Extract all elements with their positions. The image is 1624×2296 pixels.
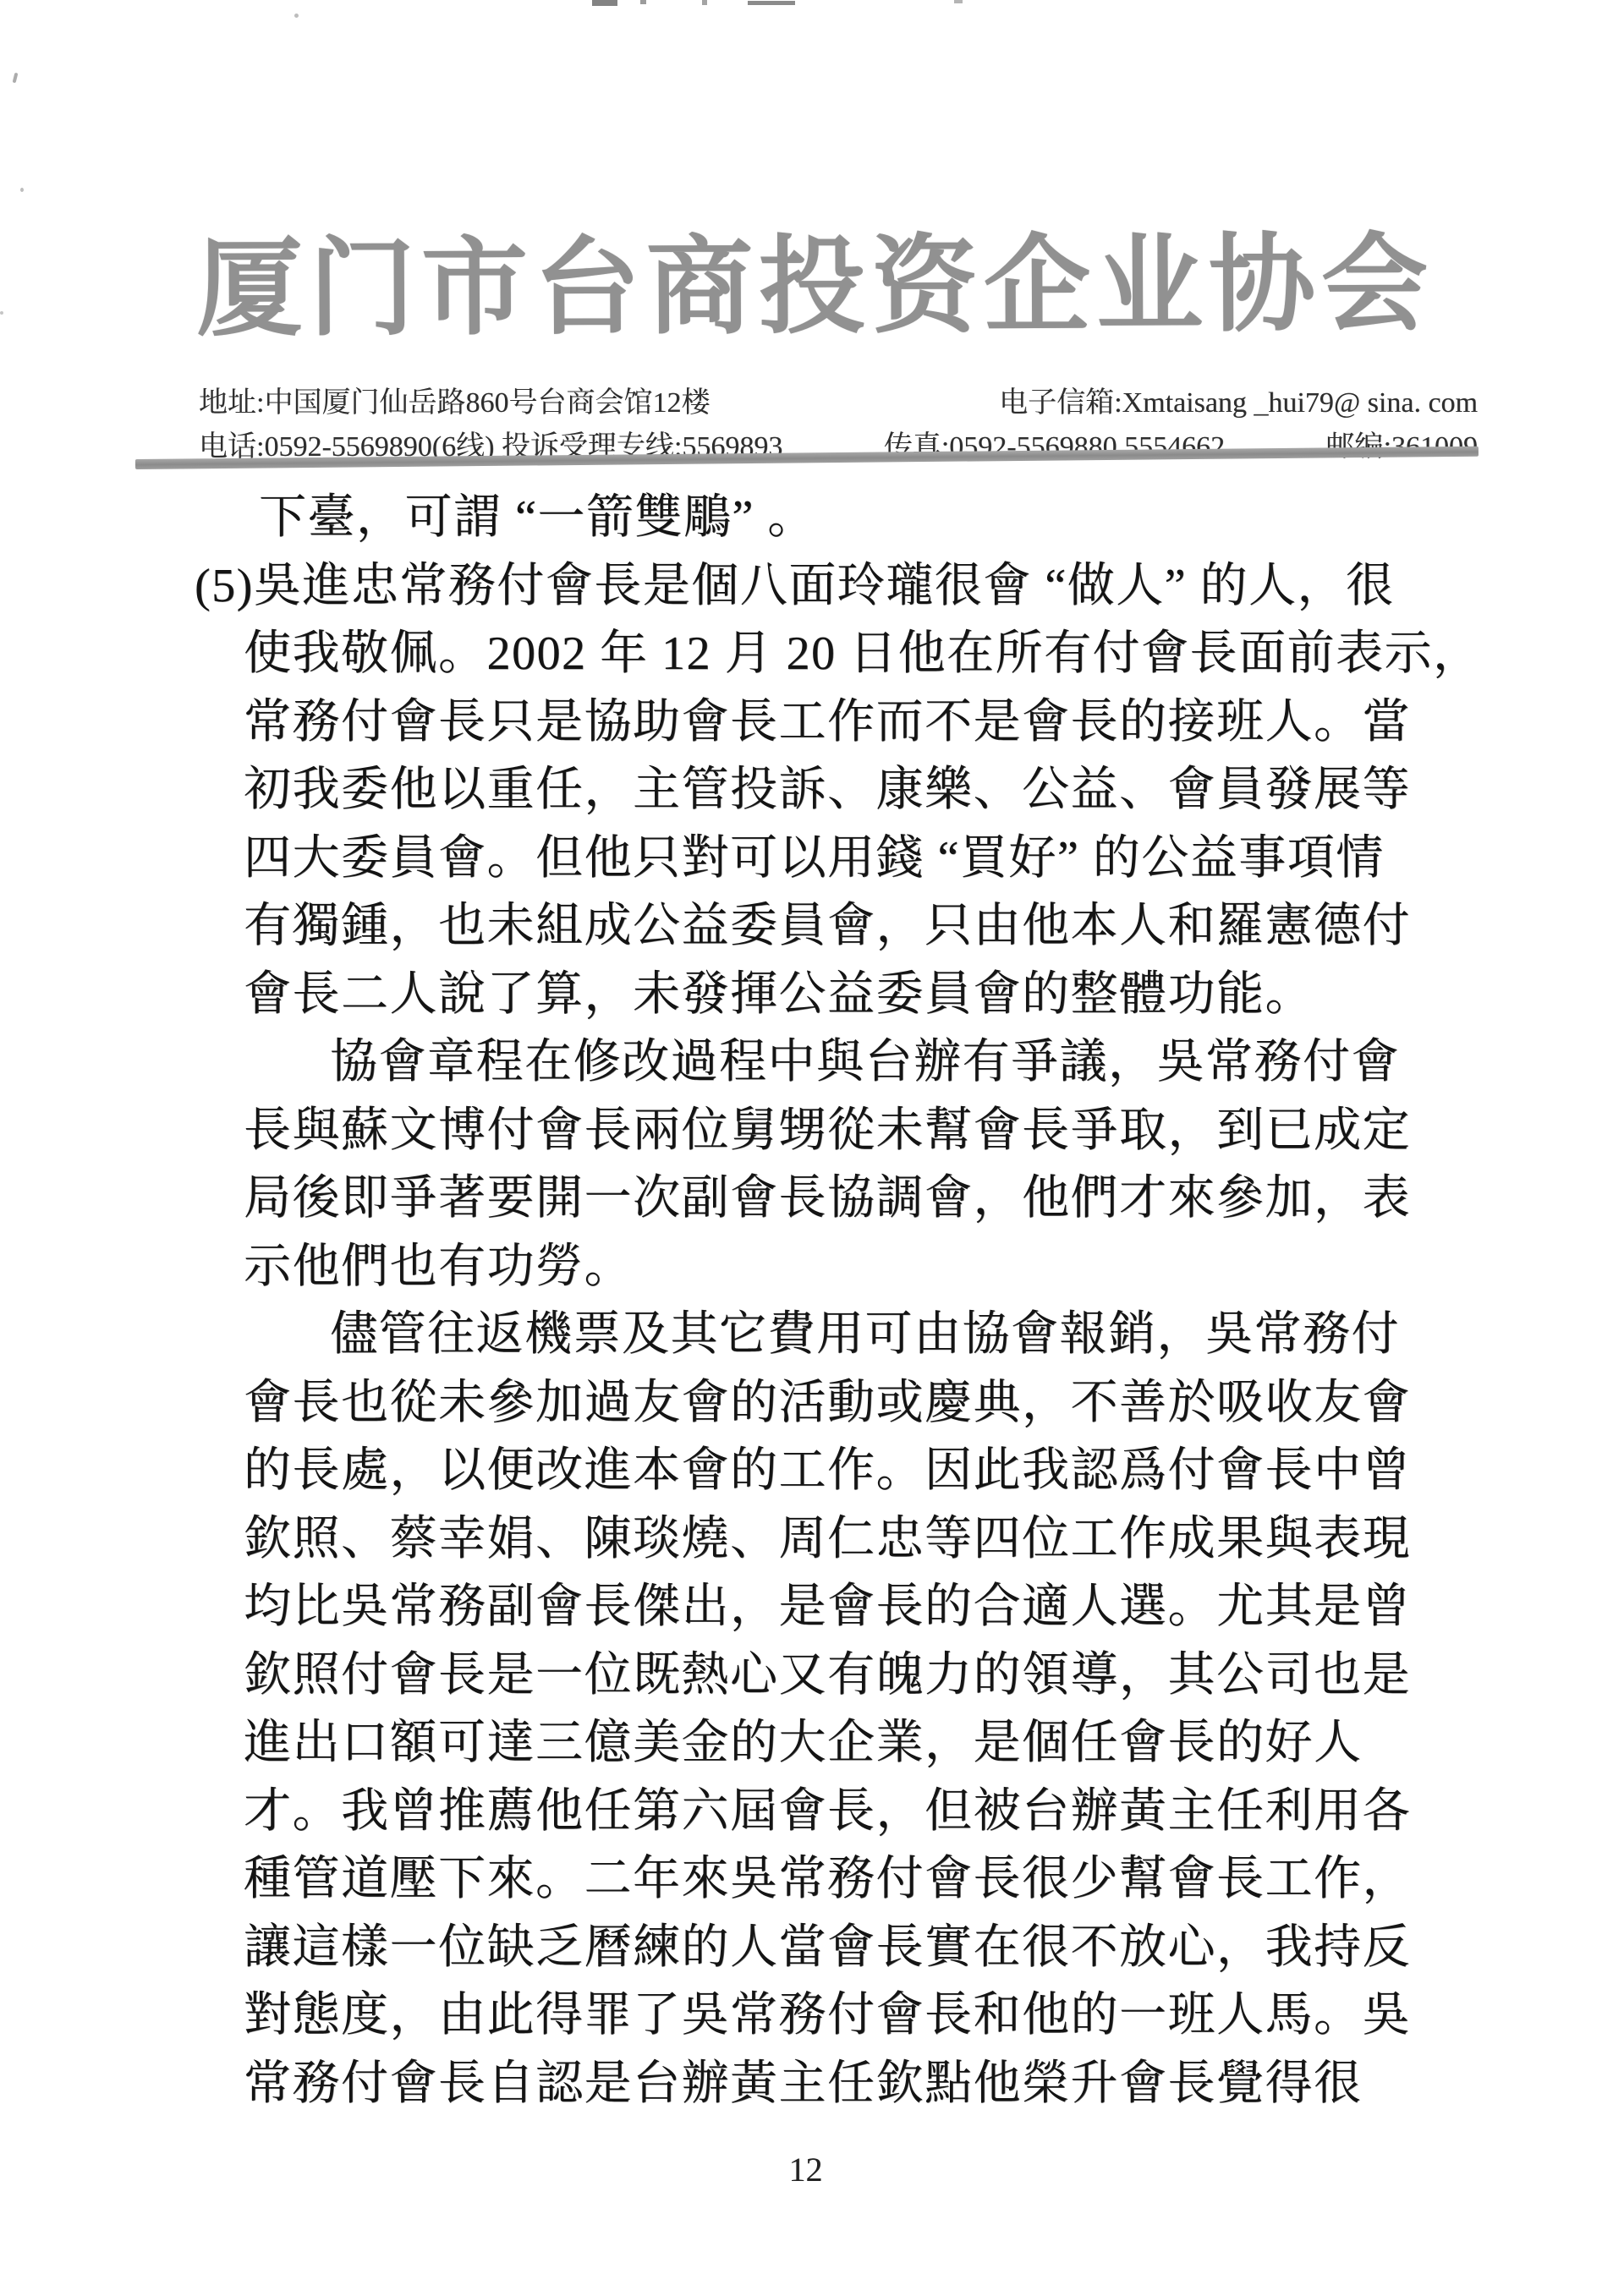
scan-speck bbox=[0, 311, 3, 315]
body-line: 均比吳常務副會長傑出，是會長的合適人選。尤其是曾 bbox=[244, 1573, 1512, 1641]
email-text: 电子信箱:Xmtaisang _hui79@ sina. com bbox=[999, 379, 1478, 420]
body-line: (5)吳進忠常務付會長是個八面玲瓏很會 “做人” 的人，很 bbox=[195, 552, 1512, 621]
address-text: 地址:中国厦门仙岳路860号台商会馆12楼 bbox=[199, 379, 710, 420]
page-number: 12 bbox=[135, 2150, 1476, 2189]
scan-edge-fragment bbox=[640, 0, 646, 4]
scanned-document-page: 厦门市台商投资企业协会 地址:中国厦门仙岳路860号台商会馆12楼 电子信箱:X… bbox=[0, 0, 1624, 2296]
body-line: 使我敬佩。2002 年 12 月 20 日他在所有付會長面前表示， bbox=[244, 620, 1512, 688]
body-line: 才。我曾推薦他任第六屆會長，但被台辦黃主任利用各 bbox=[244, 1778, 1512, 1846]
body-line: 四大委員會。但他只對可以用錢 “買好” 的公益事項情 bbox=[244, 825, 1512, 893]
scan-speck bbox=[294, 14, 299, 18]
body-line: 有獨鍾，也未組成公益委員會，只由他本人和羅憲德付 bbox=[244, 892, 1512, 961]
body-line: 會長二人說了算，未發揮公益委員會的整體功能。 bbox=[244, 961, 1512, 1029]
body-line: 儘管往返機票及其它費用可由協會報銷，吳常務付 bbox=[330, 1301, 1512, 1369]
body-line: 對態度，由此得罪了吳常務付會長和他的一班人馬。吳 bbox=[244, 1981, 1512, 2050]
document-body: 下臺，可謂 “一箭雙鵰” 。 (5)吳進忠常務付會長是個八面玲瓏很會 “做人” … bbox=[244, 484, 1512, 2118]
postal-code-text: 邮编:361009 bbox=[1326, 423, 1478, 464]
scan-speck bbox=[20, 188, 24, 192]
body-line: 協會章程在修改過程中與台辦有爭議，吳常務付會 bbox=[330, 1028, 1512, 1097]
body-line: 會長也從未參加過友會的活動或慶典，不善於吸收友會 bbox=[244, 1369, 1512, 1438]
body-line: 欽照、蔡幸娟、陳琰燒、周仁忠等四位工作成果與表現 bbox=[244, 1505, 1512, 1574]
body-line: 下臺，可謂 “一箭雙鵰” 。 bbox=[259, 484, 1512, 552]
scan-edge-fragment bbox=[954, 0, 963, 3]
body-line: 初我委他以重任，主管投訴、康樂、公益、會員發展等 bbox=[244, 756, 1512, 825]
body-line: 進出口額可達三億美金的大企業，是個任會長的好人 bbox=[244, 1709, 1512, 1778]
organization-title: 厦门市台商投资企业协会 bbox=[196, 199, 1435, 357]
scan-edge-fragment bbox=[702, 0, 707, 5]
body-line: 常務付會長只是協助會長工作而不是會長的接班人。當 bbox=[244, 688, 1512, 757]
scan-edge-fragment bbox=[592, 0, 617, 6]
scan-speck bbox=[13, 73, 19, 84]
body-line: 的長處，以便改進本會的工作。因此我認爲付會長中曾 bbox=[244, 1437, 1512, 1505]
body-line: 讓這樣一位缺乏曆練的人當會長實在很不放心，我持反 bbox=[244, 1914, 1512, 1982]
scan-edge-fragment bbox=[748, 1, 795, 5]
body-line: 種管道壓下來。二年來吳常務付會長很少幫會長工作， bbox=[244, 1845, 1512, 1914]
body-line: 局後即爭著要開一次副會長協調會，他們才來參加，表 bbox=[244, 1164, 1512, 1233]
body-line: 常務付會長自認是台辦黃主任欽點他榮升會長覺得很 bbox=[244, 2050, 1512, 2118]
body-line: 長與蘇文博付會長兩位舅甥從未幫會長爭取，到已成定 bbox=[244, 1097, 1512, 1165]
body-line: 欽照付會長是一位既熱心又有魄力的領導，其公司也是 bbox=[244, 1641, 1512, 1710]
body-line: 示他們也有功勞。 bbox=[244, 1233, 1512, 1301]
contact-line-1: 地址:中国厦门仙岳路860号台商会馆12楼 电子信箱:Xmtaisang _hu… bbox=[199, 379, 1478, 420]
